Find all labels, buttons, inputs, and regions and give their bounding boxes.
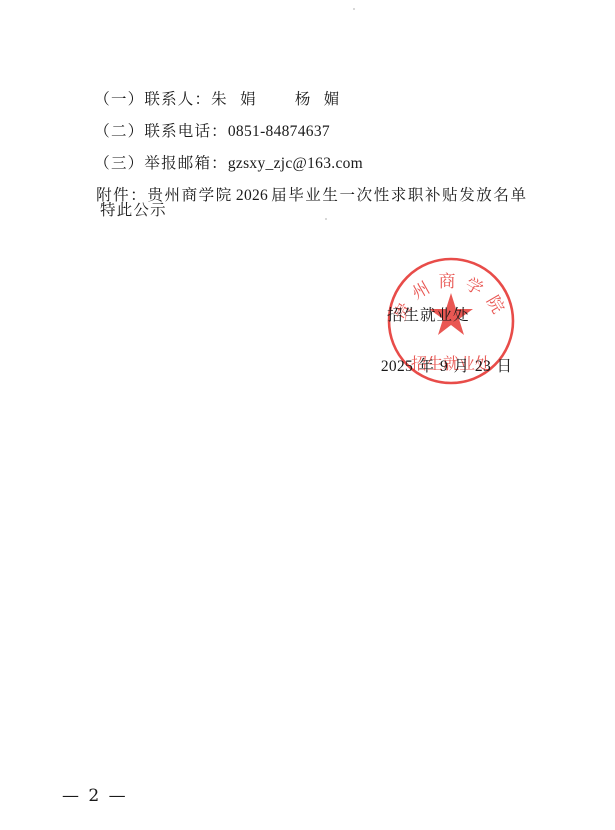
- scan-speck: [353, 8, 355, 10]
- date-year-unit: 年: [419, 357, 435, 375]
- date-month: 9: [440, 358, 448, 375]
- page-number: — 2 —: [62, 786, 128, 806]
- date-year: 2025: [381, 358, 413, 375]
- date-day: 23: [475, 358, 491, 375]
- signature-date: 2025 年 9 月 23 日: [370, 336, 512, 376]
- date-day-unit: 日: [496, 357, 512, 375]
- attachment-year: 2026: [233, 187, 271, 204]
- signature-office: 招生就业处: [387, 303, 470, 325]
- closing-text: 特此公示: [100, 198, 167, 220]
- attachment-name-post: 届毕业生一次性求职补贴发放名单: [271, 186, 528, 204]
- date-month-unit: 月: [453, 357, 469, 375]
- scan-speck: [325, 218, 327, 220]
